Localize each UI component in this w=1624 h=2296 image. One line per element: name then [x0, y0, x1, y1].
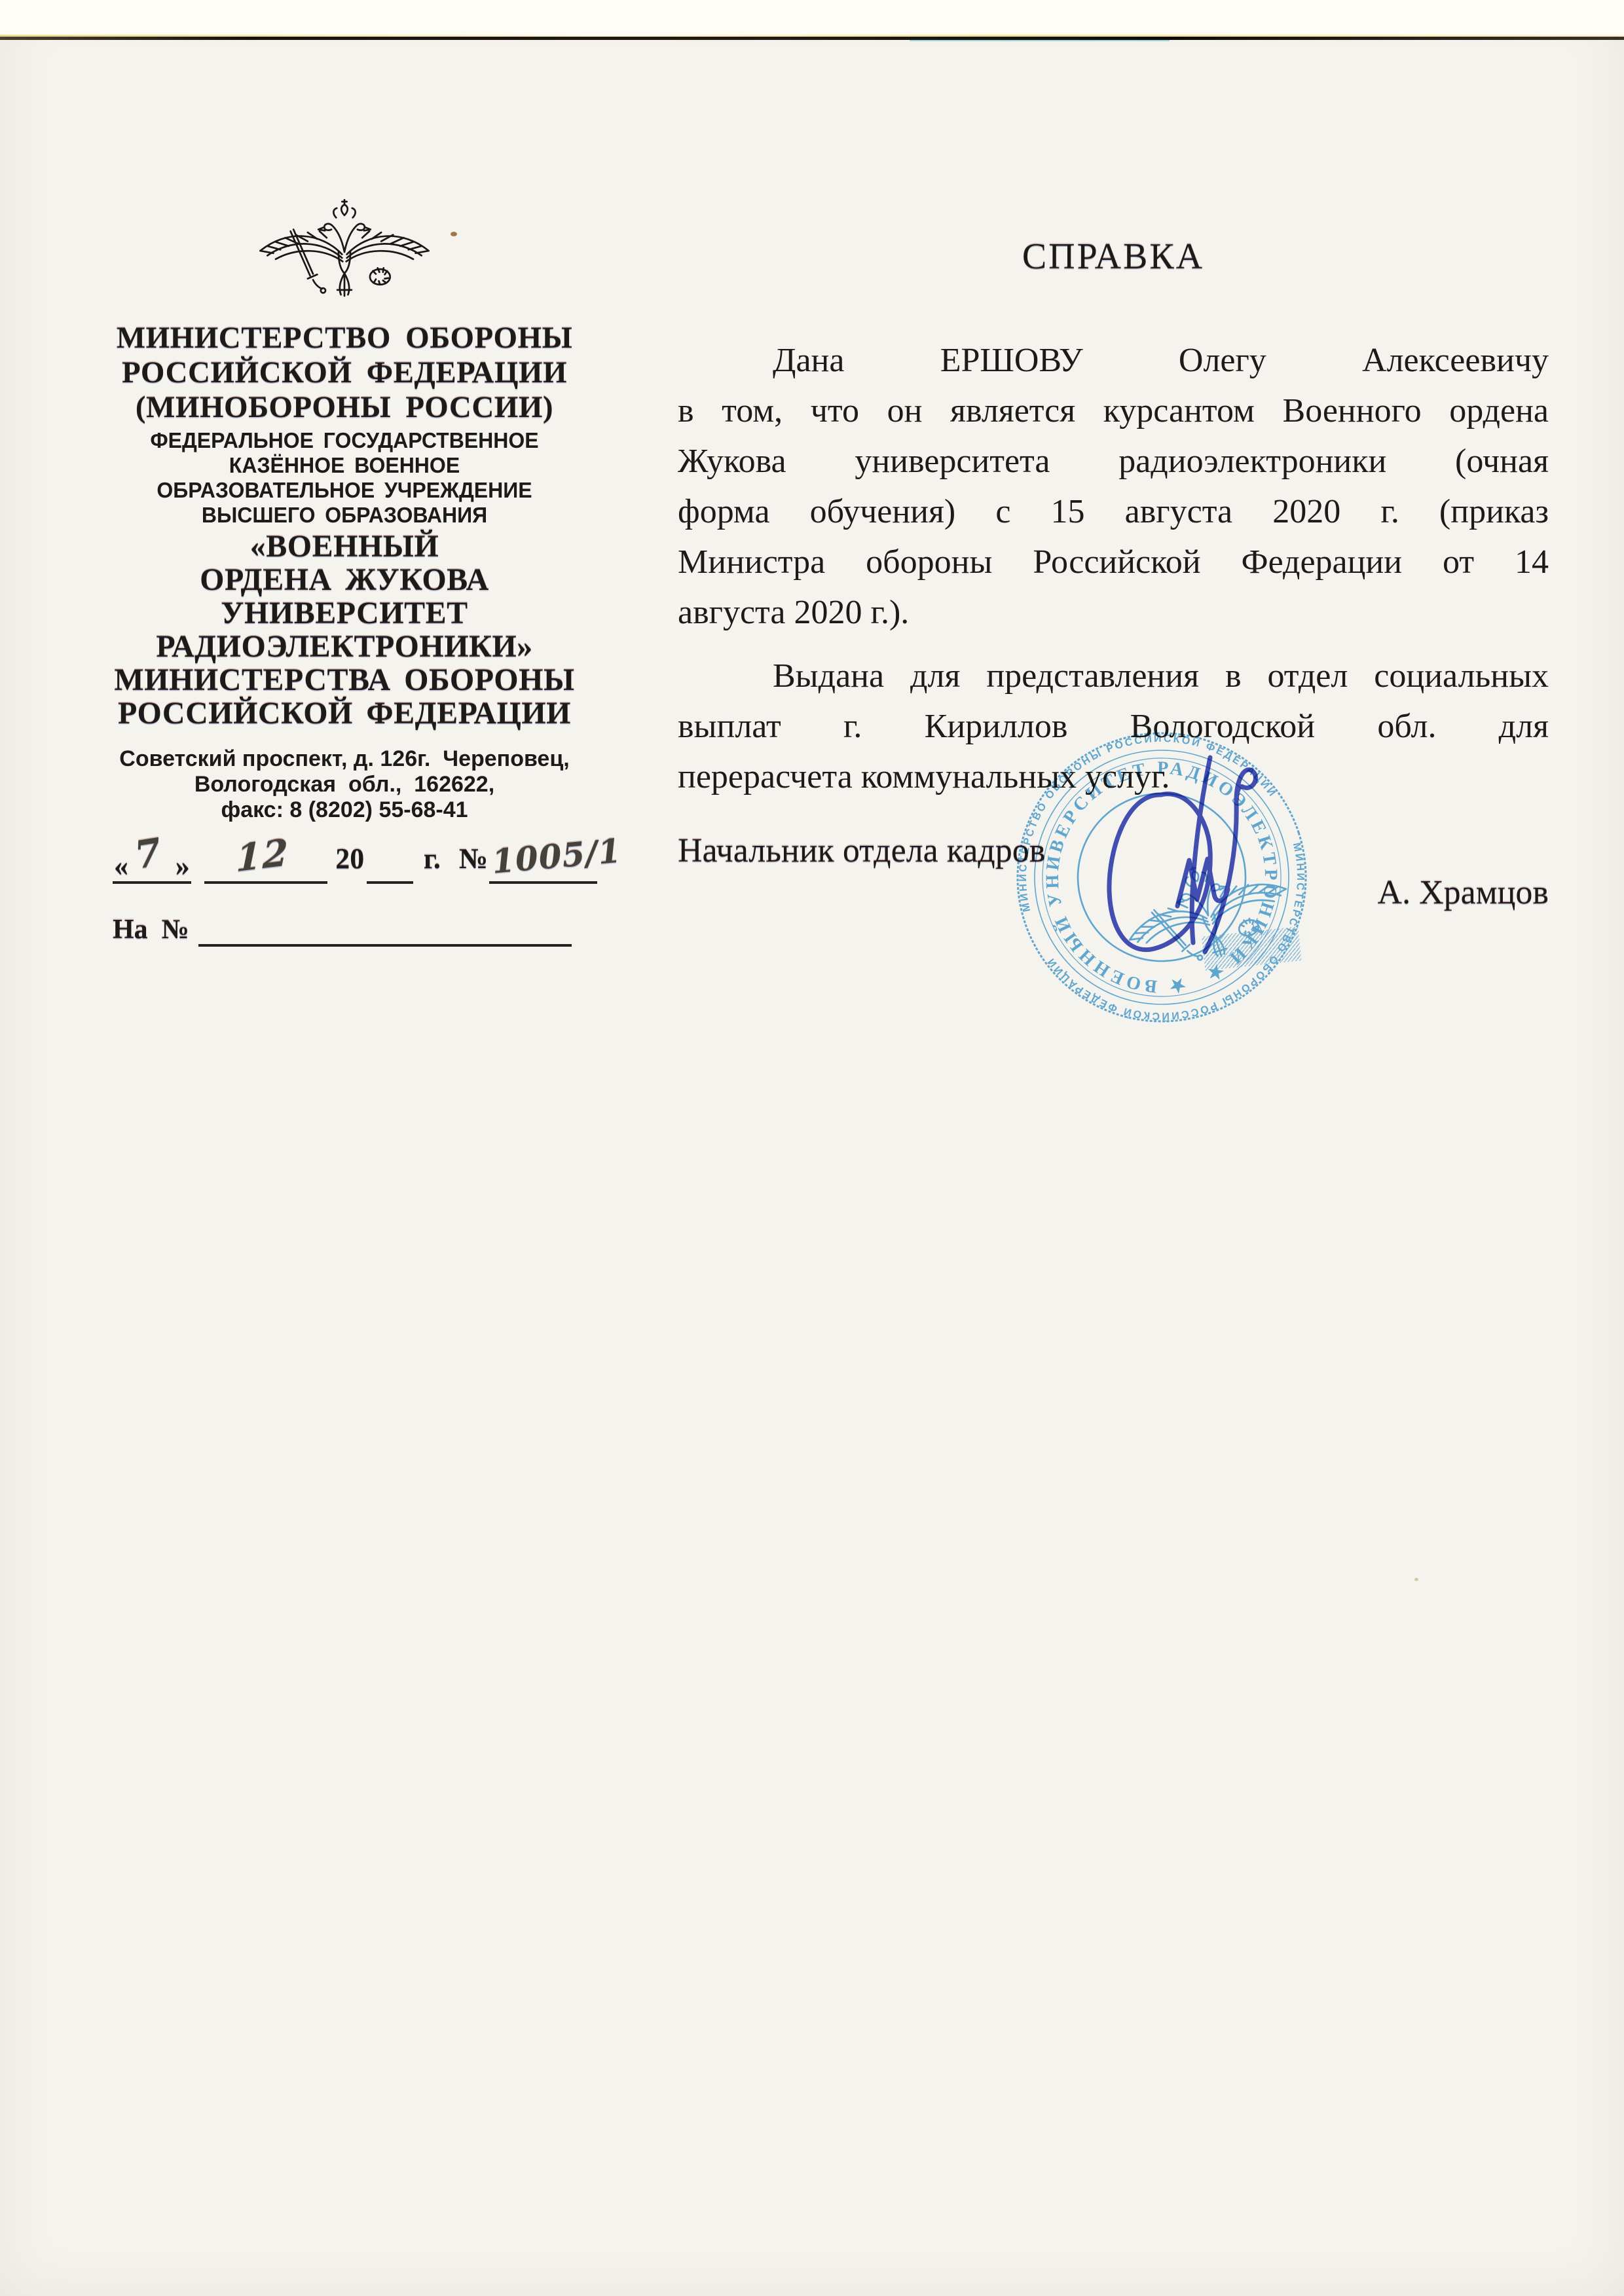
ministry-name-block: МИНИСТЕРСТВО ОБОРОНЫ РОССИЙСКОЙ ФЕДЕРАЦИ… [110, 321, 579, 425]
university-name-line: ОРДЕНА ЖУКОВА [110, 563, 579, 596]
university-name-line: РОССИЙСКОЙ ФЕДЕРАЦИИ [110, 697, 579, 730]
paragraph-line: Министра обороны Российской Федерации от… [678, 537, 1549, 587]
dust-speck [1414, 1578, 1418, 1581]
number-sign: № [459, 842, 488, 883]
close-quote: » [175, 849, 190, 883]
letterhead: МИНИСТЕРСТВО ОБОРОНЫ РОССИЙСКОЙ ФЕДЕРАЦИ… [110, 195, 579, 823]
signature-position-title: Начальник отдела кадров [678, 831, 1045, 870]
scanned-certificate-page: МИНИСТЕРСТВО ОБОРОНЫ РОССИЙСКОЙ ФЕДЕРАЦИ… [0, 0, 1624, 2296]
year-prefix: 20 [335, 842, 364, 883]
university-name-line: РАДИОЭЛЕКТРОНИКИ» [110, 630, 579, 663]
paragraph-line: августа 2020 г.). [678, 587, 1549, 638]
date-day-field: « 7 » [113, 842, 191, 883]
university-name-line: МИНИСТЕРСТВА ОБОРОНЫ [110, 663, 579, 697]
handwritten-number: 1005/1 [490, 831, 623, 881]
paragraph-line: Жукова университета радиоэлектроники (оч… [678, 436, 1549, 486]
ministry-name-line: (МИНОБОРОНЫ РОССИИ) [110, 390, 579, 425]
paragraph-line: Дана ЕРШОВУ Олегу Алексеевичу [678, 335, 1549, 386]
paragraph-main: Дана ЕРШОВУ Олегу Алексеевичу в том, что… [678, 335, 1549, 638]
document-title: СПРАВКА [678, 236, 1549, 278]
institution-type-line: ФЕДЕРАЛЬНОЕ ГОСУДАРСТВЕННОЕ [117, 428, 572, 453]
handwritten-signature [1054, 695, 1316, 970]
scanner-edge-strip [0, 0, 1624, 37]
year-suffix: г. [424, 842, 441, 883]
university-name-line: УНИВЕРСИТЕТ [110, 596, 579, 630]
institution-type-line: ВЫСШЕГО ОБРАЗОВАНИЯ [117, 503, 572, 528]
address-line: Советский проспект, д. 126г. Череповец, [110, 746, 579, 772]
date-month-field: 12 [204, 842, 327, 883]
handwritten-month: 12 [236, 831, 289, 881]
address-line: факс: 8 (8202) 55-68-41 [110, 797, 579, 823]
reference-number-line: На № [113, 914, 597, 945]
paragraph-line: форма обучения) с 15 августа 2020 г. (пр… [678, 486, 1549, 537]
address-block: Советский проспект, д. 126г. Череповец, … [110, 746, 579, 823]
ministry-name-line: РОССИЙСКОЙ ФЕДЕРАЦИИ [110, 355, 579, 390]
institution-type-line: КАЗЁННОЕ ВОЕННОЕ [117, 453, 572, 478]
paragraph-line: Выдана для представления в отдел социаль… [678, 651, 1549, 701]
institution-type-block: ФЕДЕРАЛЬНОЕ ГОСУДАРСТВЕННОЕ КАЗЁННОЕ ВОЕ… [110, 428, 579, 528]
date-number-line: « 7 » 12 20 г. № 1005/1 [113, 842, 597, 883]
ministry-name-line: МИНИСТЕРСТВО ОБОРОНЫ [110, 321, 579, 355]
handwritten-day: 7 [132, 829, 165, 877]
open-quote: « [114, 849, 128, 883]
reference-label: На № [113, 914, 189, 945]
university-name-block: «ВОЕННЫЙ ОРДЕНА ЖУКОВА УНИВЕРСИТЕТ РАДИО… [110, 530, 579, 730]
double-headed-eagle-emblem-icon [255, 195, 434, 308]
date-year-field [367, 842, 413, 883]
institution-type-line: ОБРАЗОВАТЕЛЬНОЕ УЧРЕЖДЕНИЕ [117, 478, 572, 503]
scanner-artifact-line [0, 37, 1624, 40]
address-line: Вологодская обл., 162622, [110, 772, 579, 797]
university-name-line: «ВОЕННЫЙ [110, 530, 579, 563]
paragraph-line: в том, что он является курсантом Военног… [678, 386, 1549, 436]
outgoing-number-field: 1005/1 [489, 842, 597, 883]
reference-number-field [198, 914, 572, 945]
